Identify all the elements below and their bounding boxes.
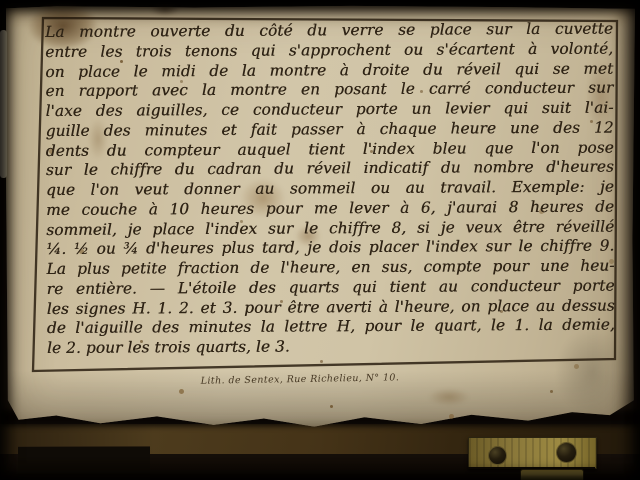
text-line: le 2. pour les trois quarts, le 3.	[47, 336, 615, 359]
text-line: de l'aiguille des minutes la lettre H, p…	[47, 316, 615, 339]
text-line: entre les trois tenons qui s'approchent …	[45, 39, 613, 62]
text-line: guille des minutes et fait passer à chaq…	[46, 118, 614, 141]
photo-of-label-in-wooden-case: La montre ouverte du côté du verre se pl…	[0, 0, 640, 480]
text-line: me couche à 10 heures pour me lever à 6,…	[46, 197, 614, 220]
handwritten-instructions: La montre ouverte du côté du verre se pl…	[45, 20, 615, 359]
text-line: re entière. — L'étoile des quarts qui ti…	[47, 276, 615, 299]
